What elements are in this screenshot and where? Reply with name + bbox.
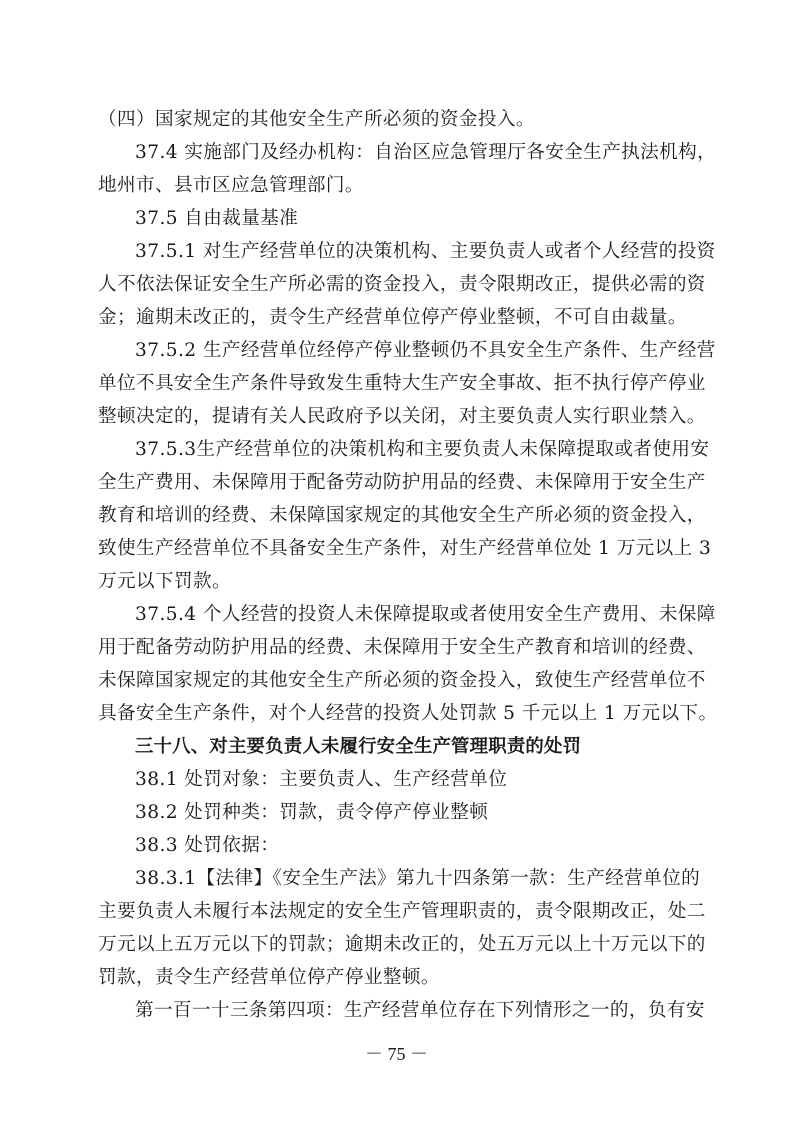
text-line: 38.3.1【法律】《安全生产法》第九十四条第一款：生产经营单位的 (135, 867, 735, 891)
text-line: 38.3 处罚依据： (135, 834, 735, 858)
text-line: 教育和培训的经费、未保障国家规定的其他安全生产所必须的资金投入， (98, 504, 698, 528)
text-line: 37.4 实施部门及经办机构：自治区应急管理厅各安全生产执法机构， (135, 141, 735, 165)
text-line: 全生产费用、未保障用于配备劳动防护用品的经费、未保障用于安全生产 (98, 471, 698, 495)
text-line: 37.5 自由裁量基准 (135, 207, 735, 231)
document-page: （四）国家规定的其他安全生产所必须的资金投入。37.4 实施部门及经办机构：自治… (0, 0, 793, 1122)
text-line: 37.5.4 个人经营的投资人未保障提取或者使用安全生产费用、未保障 (135, 603, 735, 627)
text-line: 用于配备劳动防护用品的经费、未保障用于安全生产教育和培训的经费、 (98, 636, 698, 660)
text-line: 38.1 处罚对象：主要负责人、生产经营单位 (135, 768, 735, 792)
text-line: 地州市、县市区应急管理部门。 (98, 174, 698, 198)
text-line: 人不依法保证安全生产所必需的资金投入，责令限期改正，提供必需的资 (98, 273, 698, 297)
text-line: 金；逾期未改正的，责令生产经营单位停产停业整顿，不可自由裁量。 (98, 306, 698, 330)
text-line: 具备安全生产条件，对个人经营的投资人处罚款 5 千元以上 1 万元以下。 (98, 702, 698, 726)
text-line: 罚款，责令生产经营单位停产停业整顿。 (98, 966, 698, 990)
page-number: － 75 － (0, 1040, 793, 1066)
text-line: 主要负责人未履行本法规定的安全生产管理职责的，责令限期改正，处二 (98, 900, 698, 924)
text-line: 38.2 处罚种类：罚款，责令停产停业整顿 (135, 801, 735, 825)
text-line: 未保障国家规定的其他安全生产所必须的资金投入，致使生产经营单位不 (98, 669, 698, 693)
section-heading: 三十八、对主要负责人未履行安全生产管理职责的处罚 (135, 735, 735, 759)
text-line: 万元以下罚款。 (98, 570, 698, 594)
text-line: 第一百一十三条第四项：生产经营单位存在下列情形之一的，负有安 (135, 999, 735, 1023)
text-line: （四）国家规定的其他安全生产所必须的资金投入。 (98, 108, 698, 132)
text-line: 单位不具安全生产条件导致发生重特大生产安全事故、拒不执行停产停业 (98, 372, 698, 396)
text-line: 37.5.3生产经营单位的决策机构和主要负责人未保障提取或者使用安 (135, 438, 735, 462)
text-line: 万元以上五万元以下的罚款；逾期未改正的，处五万元以上十万元以下的 (98, 933, 698, 957)
text-line: 37.5.1 对生产经营单位的决策机构、主要负责人或者个人经营的投资 (135, 240, 735, 264)
text-line: 37.5.2 生产经营单位经停产停业整顿仍不具安全生产条件、生产经营 (135, 339, 735, 363)
text-line: 整顿决定的，提请有关人民政府予以关闭，对主要负责人实行职业禁入。 (98, 405, 698, 429)
text-line: 致使生产经营单位不具备安全生产条件，对生产经营单位处 1 万元以上 3 (98, 537, 698, 561)
